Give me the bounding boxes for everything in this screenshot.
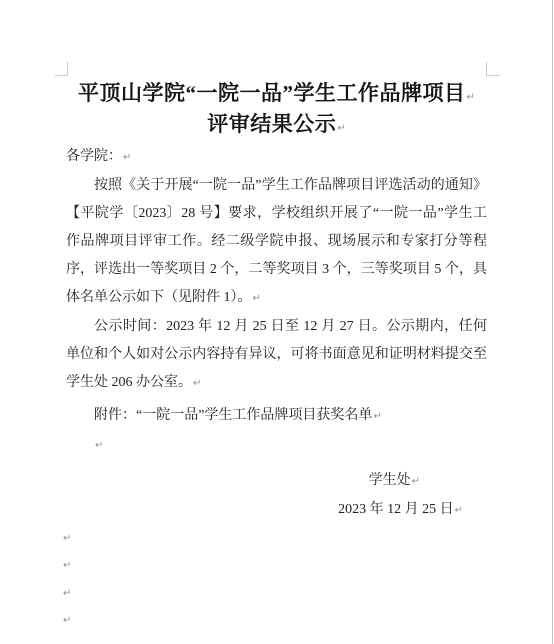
title-line-1: 平顶山学院“一院一品”学生工作品牌项目	[78, 81, 466, 105]
paragraph-mark: ↵	[373, 411, 381, 422]
text-boundary-mark-top-left	[55, 62, 68, 76]
paragraph-publicity-period: 公示时间：2023 年 12 月 25 日至 12 月 27 日。公示期内，任何…	[66, 313, 487, 398]
paragraph-mark: ↵	[123, 152, 131, 163]
paragraph-mark: ↵	[467, 92, 475, 103]
document-page: 平顶山学院“一院一品”学生工作品牌项目↵ 评审结果公示↵ 各学院：↵ 按照《关于…	[0, 0, 554, 644]
attachment-text: 附件：“一院一品”学生工作品牌项目获奖名单	[94, 408, 372, 423]
paragraph-mark: ↵	[193, 378, 201, 389]
title-line-2: 评审结果公示	[207, 112, 336, 136]
paragraph-mark: ↵	[95, 440, 103, 451]
text-boundary-mark-top-right	[486, 62, 500, 76]
date-line: 2023 年 12 月 25 日↵	[66, 496, 487, 525]
signer-line: 学生处↵	[66, 467, 487, 496]
paragraph-mark: ↵	[63, 615, 71, 626]
date-text: 2023 年 12 月 25 日	[338, 502, 454, 517]
document-body: 平顶山学院“一院一品”学生工作品牌项目↵ 评审结果公示↵ 各学院：↵ 按照《关于…	[66, 80, 487, 525]
signer-text: 学生处	[369, 473, 411, 488]
salutation-line: 各学院：↵	[66, 143, 487, 172]
paragraph-mark: ↵	[412, 476, 420, 487]
empty-paragraph: ↵	[66, 431, 487, 459]
paragraph-mark: ↵	[253, 293, 261, 304]
page-edge-line	[552, 0, 553, 644]
attachment-line: 附件：“一院一品”学生工作品牌项目获奖名单↵	[66, 402, 487, 431]
document-title: 平顶山学院“一院一品”学生工作品牌项目↵ 评审结果公示↵	[66, 80, 487, 142]
paragraph-evaluation-process: 按照《关于开展“一院一品”学生工作品牌项目评选活动的通知》【平院学〔2023〕2…	[66, 172, 487, 313]
paragraph-mark: ↵	[63, 560, 71, 571]
paragraph-mark: ↵	[63, 588, 71, 599]
paragraph-1-text: 按照《关于开展“一院一品”学生工作品牌项目评选活动的通知》【平院学〔2023〕2…	[66, 178, 487, 305]
paragraph-2-text: 公示时间：2023 年 12 月 25 日至 12 月 27 日。公示期内，任何…	[66, 319, 487, 390]
paragraph-mark: ↵	[455, 505, 463, 516]
paragraph-mark: ↵	[63, 533, 71, 544]
salutation-text: 各学院：	[66, 149, 122, 164]
paragraph-mark: ↵	[337, 123, 345, 134]
